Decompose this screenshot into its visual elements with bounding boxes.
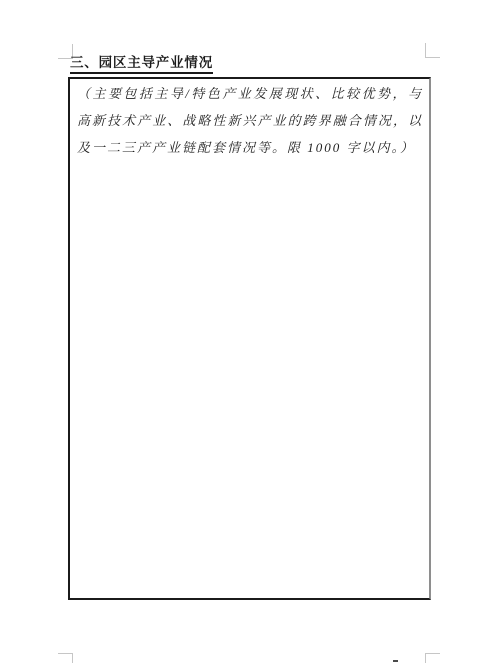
document-page: 三、园区主导产业情况 （主要包括主导/特色产业发展现状、比较优势，与高新技术产业…	[0, 0, 500, 663]
industry-info-entry-box[interactable]: （主要包括主导/特色产业发展现状、比较优势，与高新技术产业、战略性新兴产业的跨界…	[68, 77, 431, 600]
section-heading-text: 三、园区主导产业情况	[70, 55, 213, 74]
section-heading: 三、园区主导产业情况	[70, 55, 213, 74]
box-instructions-text: （主要包括主导/特色产业发展现状、比较优势，与高新技术产业、战略性新兴产业的跨界…	[77, 80, 423, 161]
page-number-fragment	[393, 660, 398, 662]
text-boundary-mark-bottom-left	[58, 653, 73, 663]
text-boundary-mark-bottom-right	[425, 653, 440, 663]
text-boundary-mark-top-right	[425, 43, 440, 58]
